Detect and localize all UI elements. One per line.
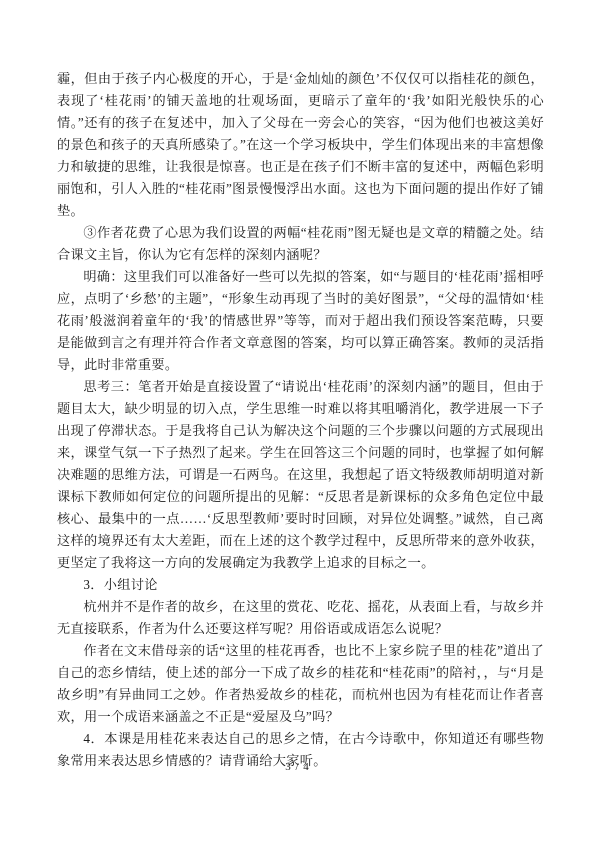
section-heading-group-discussion: 3．小组讨论	[57, 574, 544, 596]
body-paragraph-question-3: ③作者花费了心思为我们设置的两幅“桂花雨”图无疑也是文章的精髓之处。结合课文主旨…	[57, 222, 544, 266]
body-paragraph-hangzhou-question: 杭州并不是作者的故乡，在这里的赏花、吃花、摇花，从表面上看，与故乡并无直接联系，…	[57, 596, 544, 640]
page-number: 3 / 4	[0, 760, 595, 774]
body-paragraph-continued: 霾，但由于孩子内心极度的开心，于是‘金灿灿的颜色’不仅仅可以指桂花的颜色，表现了…	[57, 68, 544, 222]
document-text-block: 霾，但由于孩子内心极度的开心，于是‘金灿灿的颜色’不仅仅可以指桂花的颜色，表现了…	[57, 68, 544, 772]
body-paragraph-hangzhou-answer: 作者在文末借母亲的话“这里的桂花再香，也比不上家乡院子里的桂花”道出了自己的恋乡…	[57, 640, 544, 728]
document-page: 霾，但由于孩子内心极度的开心，于是‘金灿灿的颜色’不仅仅可以指桂花的颜色，表现了…	[0, 0, 595, 841]
body-paragraph-mingque: 明确：这里我们可以准备好一些可以先拟的答案，如“与题目的‘桂花雨’摇相呼应，点明…	[57, 266, 544, 376]
body-paragraph-sikao-3: 思考三：笔者开始是直接设置了“请说出‘桂花雨’的深刻内涵”的题目，但由于题目太大…	[57, 376, 544, 574]
